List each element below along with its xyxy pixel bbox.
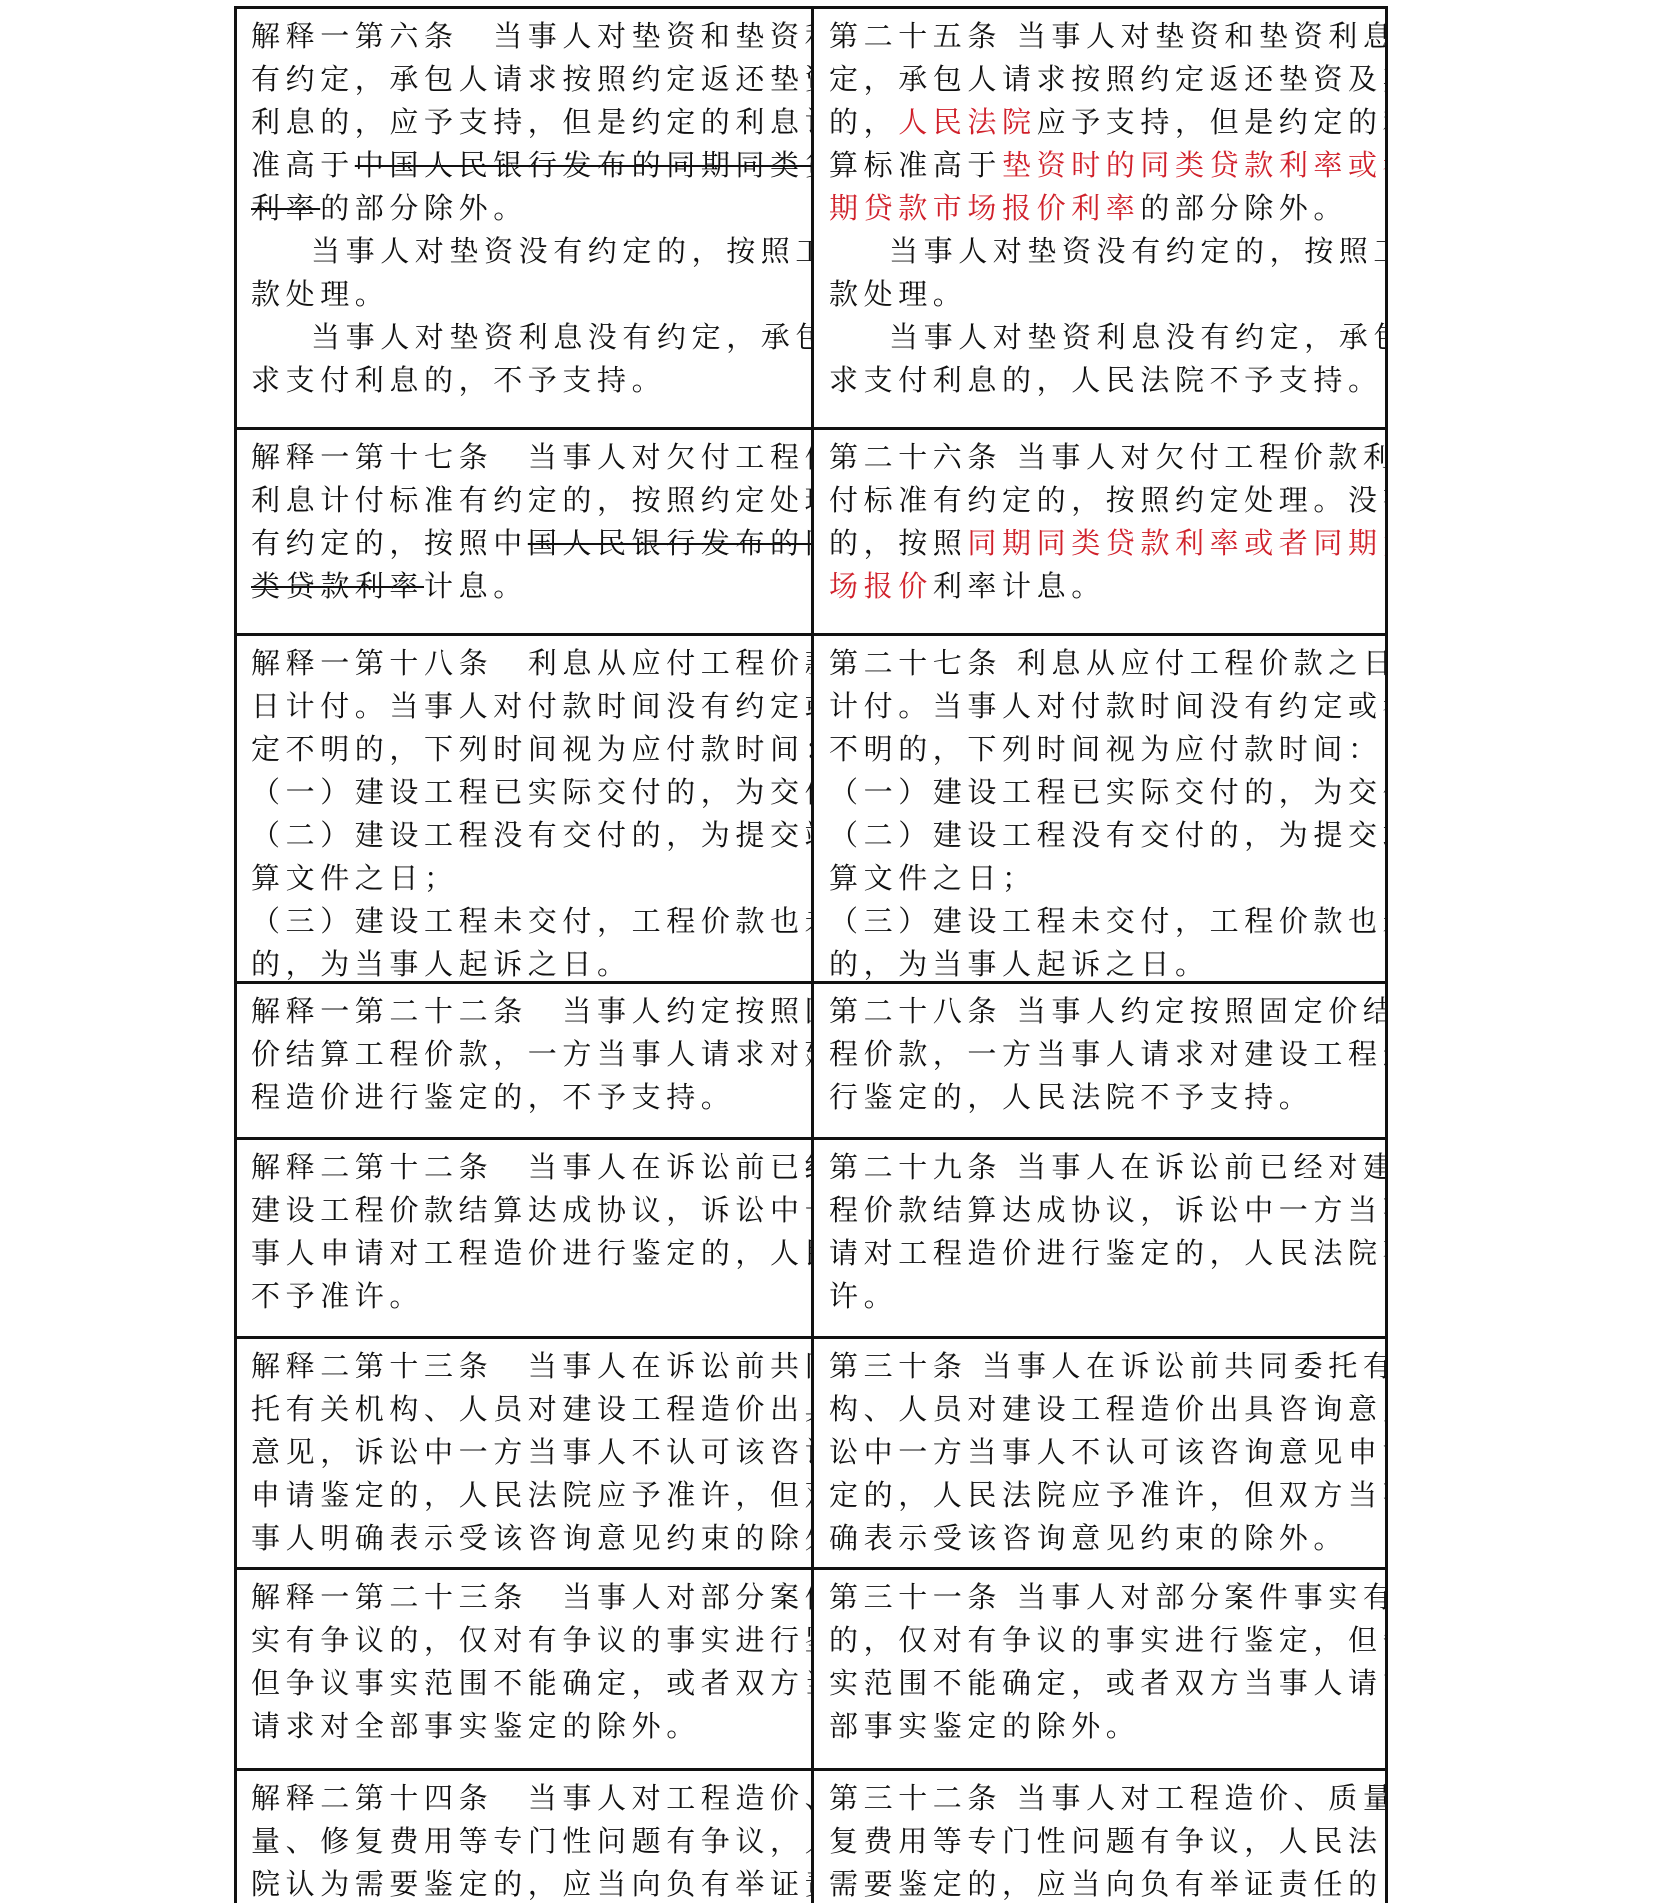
- old-provision-cell: 解释一第二十二条 当事人约定按照固定价结算工程价款，一方当事人请求对建设工程造价…: [237, 984, 814, 1137]
- text-line: 利率的部分除外。: [251, 187, 801, 230]
- new-provision-cell: 第三十条 当事人在诉讼前共同委托有关机构、人员对建设工程造价出具咨询意见，诉讼中…: [814, 1339, 1385, 1567]
- text-segment: 解释二第十二条 当事人在诉讼前已经对: [251, 1150, 814, 1184]
- old-provision-cell: 解释一第十八条 利息从应付工程价款之日计付。当事人对付款时间没有约定或者约定不明…: [237, 636, 814, 981]
- text-segment: 计付。当事人对付款时间没有约定或者约定: [829, 689, 1385, 723]
- text-line: 解释一第六条 当事人对垫资和垫资利息: [251, 15, 801, 58]
- text-segment: 事人明确表示受该咨询意见约束的除外。: [251, 1521, 814, 1555]
- text-line: 申请鉴定的，人民法院应予准许，但双方当: [251, 1474, 801, 1517]
- text-line: 求支付利息的，不予支持。: [251, 359, 801, 402]
- text-segment: 第三十条 当事人在诉讼前共同委托有关机: [829, 1349, 1385, 1383]
- text-segment: 部事实鉴定的除外。: [829, 1709, 1140, 1743]
- text-segment: 有约定，承包人请求按照约定返还垫资及其: [251, 62, 814, 96]
- text-line: （三）建设工程未交付，工程价款也未结算: [829, 900, 1375, 943]
- deleted-text: 类贷款利率: [251, 569, 424, 603]
- text-segment: 的部分除外。: [320, 191, 528, 225]
- text-segment: 第三十一条 当事人对部分案件事实有争议: [829, 1580, 1385, 1614]
- new-provision-cell: 第二十六条 当事人对欠付工程价款利息计付标准有约定的，按照约定处理。没有约定的，…: [814, 430, 1385, 633]
- text-line: 付标准有约定的，按照约定处理。没有约定: [829, 479, 1375, 522]
- text-line: 建设工程价款结算达成协议，诉讼中一方当: [251, 1189, 801, 1232]
- text-line: 讼中一方当事人不认可该咨询意见申请鉴: [829, 1431, 1375, 1474]
- text-segment: 事人申请对工程造价进行鉴定的，人民法院: [251, 1236, 814, 1270]
- text-line: 的，人民法院应予支持，但是约定的利息计: [829, 101, 1375, 144]
- text-segment: 日计付。当事人对付款时间没有约定或者约: [251, 689, 814, 723]
- text-segment: 第二十七条 利息从应付工程价款之日: [829, 646, 1385, 680]
- revised-text: 场报价: [829, 569, 933, 603]
- text-segment: 计息。: [424, 569, 528, 603]
- old-provision-cell: 解释一第六条 当事人对垫资和垫资利息有约定，承包人请求按照约定返还垫资及其利息的…: [237, 9, 814, 427]
- text-line: 的，按照同期同类贷款利率或者同期贷款市: [829, 522, 1375, 565]
- text-segment: 解释一第二十三条 当事人对部分案件事: [251, 1580, 814, 1614]
- text-line: 算标准高于垫资时的同类贷款利率或者同: [829, 144, 1375, 187]
- text-segment: 需要鉴定的，应当向负有举证责任的当事人: [829, 1867, 1385, 1901]
- text-line: 复费用等专门性问题有争议，人民法院认为: [829, 1820, 1375, 1863]
- text-segment: 的，为当事人起诉之日。: [251, 947, 632, 981]
- text-line: 意见，诉讼中一方当事人不认可该咨询意见: [251, 1431, 801, 1474]
- text-segment: 算标准高于: [829, 148, 1002, 182]
- text-segment: 解释一第十七条 当事人对欠付工程价款: [251, 440, 814, 474]
- text-segment: 第二十八条 当事人约定按照固定价结算工: [829, 994, 1385, 1028]
- text-line: 款处理。: [829, 273, 1375, 316]
- old-provision-cell: 解释一第十七条 当事人对欠付工程价款利息计付标准有约定的，按照约定处理；没有约定…: [237, 430, 814, 633]
- text-line: （三）建设工程未交付，工程价款也未结算: [251, 900, 801, 943]
- text-segment: 准高于: [251, 148, 355, 182]
- text-line: 解释一第二十三条 当事人对部分案件事: [251, 1576, 801, 1619]
- text-line: 当事人对垫资没有约定的，按照工程欠: [251, 230, 801, 273]
- text-line: 解释一第二十二条 当事人约定按照固定: [251, 990, 801, 1033]
- text-line: 价结算工程价款，一方当事人请求对建设工: [251, 1033, 801, 1076]
- new-provision-cell: 第二十七条 利息从应付工程价款之日开始计付。当事人对付款时间没有约定或者约定不明…: [814, 636, 1385, 981]
- text-line: 第二十五条 当事人对垫资和垫资利息有约: [829, 15, 1375, 58]
- text-line: 类贷款利率计息。: [251, 565, 801, 608]
- text-line: 解释二第十二条 当事人在诉讼前已经对: [251, 1146, 801, 1189]
- text-segment: 当事人对垫资没有约定的，按照工程欠: [311, 234, 814, 268]
- text-segment: 定，承包人请求按照约定返还垫资及其利息: [829, 62, 1385, 96]
- text-line: 需要鉴定的，应当向负有举证责任的当事人: [829, 1863, 1375, 1903]
- text-segment: 实有争议的，仅对有争议的事实进行鉴定，: [251, 1623, 814, 1657]
- text-line: 确表示受该咨询意见约束的除外。: [829, 1517, 1375, 1560]
- text-segment: 算文件之日；: [251, 861, 459, 895]
- text-line: 不予准许。: [251, 1275, 801, 1318]
- text-line: 事人明确表示受该咨询意见约束的除外。: [251, 1517, 801, 1560]
- text-line: 程价款，一方当事人请求对建设工程造价进: [829, 1033, 1375, 1076]
- deleted-text: 中国人民银行发布的同期同类贷款: [355, 148, 814, 182]
- text-segment: 利率计息。: [933, 569, 1106, 603]
- revised-text: 垫资时的同类贷款利率或者同: [1002, 148, 1385, 182]
- new-provision-cell: 第二十九条 当事人在诉讼前已经对建设工程价款结算达成协议，诉讼中一方当事人申请对…: [814, 1140, 1385, 1336]
- text-segment: （二）建设工程没有交付的，为提交竣工结: [251, 818, 814, 852]
- text-line: 构、人员对建设工程造价出具咨询意见，诉: [829, 1388, 1375, 1431]
- text-line: 解释一第十八条 利息从应付工程价款之: [251, 642, 801, 685]
- text-line: （一）建设工程已实际交付的，为交付之日；: [829, 771, 1375, 814]
- text-line: 程价款结算达成协议，诉讼中一方当事人申: [829, 1189, 1375, 1232]
- text-line: 算文件之日；: [829, 857, 1375, 900]
- text-segment: 不予准许。: [251, 1279, 424, 1313]
- text-line: 第三十一条 当事人对部分案件事实有争议: [829, 1576, 1375, 1619]
- table-row: 解释一第二十二条 当事人约定按照固定价结算工程价款，一方当事人请求对建设工程造价…: [237, 984, 1385, 1140]
- text-segment: 利息的，应予支持，但是约定的利息计算标: [251, 105, 814, 139]
- text-line: 当事人对垫资利息没有约定，承包人请: [251, 316, 801, 359]
- text-line: 日计付。当事人对付款时间没有约定或者约: [251, 685, 801, 728]
- text-segment: 利息计付标准有约定的，按照约定处理；没: [251, 483, 814, 517]
- text-line: 第三十二条 当事人对工程造价、质量、修: [829, 1777, 1375, 1820]
- text-line: 请求对全部事实鉴定的除外。: [251, 1705, 801, 1748]
- text-segment: 确表示受该咨询意见约束的除外。: [829, 1521, 1348, 1555]
- text-segment: 行鉴定的，人民法院不予支持。: [829, 1080, 1313, 1114]
- text-segment: （一）建设工程已实际交付的，为交付之日；: [251, 775, 814, 809]
- text-segment: 请求对全部事实鉴定的除外。: [251, 1709, 701, 1743]
- text-segment: （二）建设工程没有交付的，为提交竣工结: [829, 818, 1385, 852]
- text-segment: 算文件之日；: [829, 861, 1037, 895]
- text-line: 第二十六条 当事人对欠付工程价款利息计: [829, 436, 1375, 479]
- table-row: 解释一第二十三条 当事人对部分案件事实有争议的，仅对有争议的事实进行鉴定，但争议…: [237, 1570, 1385, 1771]
- text-segment: 解释一第十八条 利息从应付工程价款之: [251, 646, 814, 680]
- text-segment: 建设工程价款结算达成协议，诉讼中一方当: [251, 1193, 814, 1227]
- old-provision-cell: 解释二第十二条 当事人在诉讼前已经对建设工程价款结算达成协议，诉讼中一方当事人申…: [237, 1140, 814, 1336]
- text-segment: 第二十五条 当事人对垫资和垫资利息有约: [829, 19, 1385, 53]
- old-provision-cell: 解释二第十四条 当事人对工程造价、质量、修复费用等专门性问题有争议，人民法院认为…: [237, 1771, 814, 1903]
- text-segment: 托有关机构、人员对建设工程造价出具咨询: [251, 1392, 814, 1426]
- text-segment: 第三十二条 当事人对工程造价、质量、修: [829, 1781, 1385, 1815]
- text-line: 部事实鉴定的除外。: [829, 1705, 1375, 1748]
- text-segment: 解释一第二十二条 当事人约定按照固定: [251, 994, 814, 1028]
- new-provision-cell: 第三十二条 当事人对工程造价、质量、修复费用等专门性问题有争议，人民法院认为需要…: [814, 1771, 1385, 1903]
- text-segment: 意见，诉讼中一方当事人不认可该咨询意见: [251, 1435, 814, 1469]
- text-segment: 量、修复费用等专门性问题有争议，人民法: [251, 1824, 814, 1858]
- text-segment: 复费用等专门性问题有争议，人民法院认为: [829, 1824, 1385, 1858]
- text-segment: 的，按照: [829, 526, 967, 560]
- text-segment: 程价款，一方当事人请求对建设工程造价进: [829, 1037, 1385, 1071]
- text-segment: 院认为需要鉴定的，应当向负有举证责任的: [251, 1867, 814, 1901]
- new-provision-cell: 第二十五条 当事人对垫资和垫资利息有约定，承包人请求按照约定返还垫资及其利息的，…: [814, 9, 1385, 427]
- text-segment: 的，仅对有争议的事实进行鉴定，但争议事: [829, 1623, 1385, 1657]
- text-segment: 但争议事实范围不能确定，或者双方当事人: [251, 1666, 814, 1700]
- revised-text: 期贷款市场报价利率: [829, 191, 1140, 225]
- text-segment: 当事人对垫资利息没有约定，承包人请: [311, 320, 814, 354]
- text-segment: 解释一第六条 当事人对垫资和垫资利息: [251, 19, 814, 53]
- text-line: （一）建设工程已实际交付的，为交付之日；: [251, 771, 801, 814]
- text-line: 不明的，下列时间视为应付款时间：: [829, 728, 1375, 771]
- text-line: 许。: [829, 1275, 1375, 1318]
- text-line: 院认为需要鉴定的，应当向负有举证责任的: [251, 1863, 801, 1903]
- text-line: 利息的，应予支持，但是约定的利息计算标: [251, 101, 801, 144]
- text-segment: 解释二第十四条 当事人对工程造价、质: [251, 1781, 814, 1815]
- text-line: 实有争议的，仅对有争议的事实进行鉴定，: [251, 1619, 801, 1662]
- text-segment: 讼中一方当事人不认可该咨询意见申请鉴: [829, 1435, 1385, 1469]
- text-segment: 第二十九条 当事人在诉讼前已经对建设工: [829, 1150, 1385, 1184]
- text-line: 算文件之日；: [251, 857, 801, 900]
- document-page: 解释一第六条 当事人对垫资和垫资利息有约定，承包人请求按照约定返还垫资及其利息的…: [0, 0, 1654, 1903]
- text-line: 请对工程造价进行鉴定的，人民法院不予准: [829, 1232, 1375, 1275]
- text-segment: 许。: [829, 1279, 898, 1313]
- new-provision-cell: 第三十一条 当事人对部分案件事实有争议的，仅对有争议的事实进行鉴定，但争议事实范…: [814, 1570, 1385, 1768]
- text-line: （二）建设工程没有交付的，为提交竣工结: [251, 814, 801, 857]
- text-line: 实范围不能确定，或者双方当事人请求对全: [829, 1662, 1375, 1705]
- text-line: 第二十九条 当事人在诉讼前已经对建设工: [829, 1146, 1375, 1189]
- text-segment: 付标准有约定的，按照约定处理。没有约定: [829, 483, 1385, 517]
- text-line: 有约定的，按照中国人民银行发布的同期同: [251, 522, 801, 565]
- text-segment: 求支付利息的，人民法院不予支持。: [829, 363, 1383, 397]
- text-segment: 程造价进行鉴定的，不予支持。: [251, 1080, 735, 1114]
- text-line: 定，承包人请求按照约定返还垫资及其利息: [829, 58, 1375, 101]
- text-line: 量、修复费用等专门性问题有争议，人民法: [251, 1820, 801, 1863]
- text-line: 的，仅对有争议的事实进行鉴定，但争议事: [829, 1619, 1375, 1662]
- text-segment: 实范围不能确定，或者双方当事人请求对全: [829, 1666, 1385, 1700]
- text-segment: 申请鉴定的，人民法院应予准许，但双方当: [251, 1478, 814, 1512]
- comparison-table: 解释一第六条 当事人对垫资和垫资利息有约定，承包人请求按照约定返还垫资及其利息的…: [234, 6, 1388, 1903]
- table-row: 解释二第十四条 当事人对工程造价、质量、修复费用等专门性问题有争议，人民法院认为…: [237, 1771, 1385, 1903]
- text-segment: （三）建设工程未交付，工程价款也未结算: [251, 904, 814, 938]
- text-line: 行鉴定的，人民法院不予支持。: [829, 1076, 1375, 1119]
- text-segment: 应予支持，但是约定的利息计: [1037, 105, 1385, 139]
- text-line: 托有关机构、人员对建设工程造价出具咨询: [251, 1388, 801, 1431]
- text-line: 款处理。: [251, 273, 801, 316]
- text-line: 解释二第十三条 当事人在诉讼前共同委: [251, 1345, 801, 1388]
- text-segment: 款处理。: [829, 277, 967, 311]
- table-row: 解释一第六条 当事人对垫资和垫资利息有约定，承包人请求按照约定返还垫资及其利息的…: [237, 9, 1385, 430]
- text-line: 程造价进行鉴定的，不予支持。: [251, 1076, 801, 1119]
- text-segment: 请对工程造价进行鉴定的，人民法院不予准: [829, 1236, 1385, 1270]
- text-segment: 有约定的，按照中: [251, 526, 528, 560]
- text-segment: 解释二第十三条 当事人在诉讼前共同委: [251, 1349, 814, 1383]
- text-line: （二）建设工程没有交付的，为提交竣工结: [829, 814, 1375, 857]
- text-line: 的，为当事人起诉之日。: [251, 943, 801, 981]
- text-segment: 第二十六条 当事人对欠付工程价款利息计: [829, 440, 1385, 474]
- table-row: 解释一第十七条 当事人对欠付工程价款利息计付标准有约定的，按照约定处理；没有约定…: [237, 430, 1385, 636]
- text-line: 求支付利息的，人民法院不予支持。: [829, 359, 1375, 402]
- text-segment: 的部分除外。: [1140, 191, 1348, 225]
- text-line: 解释二第十四条 当事人对工程造价、质: [251, 1777, 801, 1820]
- table-row: 解释二第十二条 当事人在诉讼前已经对建设工程价款结算达成协议，诉讼中一方当事人申…: [237, 1140, 1385, 1339]
- text-line: 第二十八条 当事人约定按照固定价结算工: [829, 990, 1375, 1033]
- old-provision-cell: 解释一第二十三条 当事人对部分案件事实有争议的，仅对有争议的事实进行鉴定，但争议…: [237, 1570, 814, 1768]
- text-line: 当事人对垫资利息没有约定，承包人请: [829, 316, 1375, 359]
- text-line: 解释一第十七条 当事人对欠付工程价款: [251, 436, 801, 479]
- table-row: 解释一第十八条 利息从应付工程价款之日计付。当事人对付款时间没有约定或者约定不明…: [237, 636, 1385, 984]
- text-line: 但争议事实范围不能确定，或者双方当事人: [251, 1662, 801, 1705]
- text-segment: 不明的，下列时间视为应付款时间：: [829, 732, 1383, 766]
- text-line: 定的，人民法院应予准许，但双方当事人明: [829, 1474, 1375, 1517]
- text-line: 当事人对垫资没有约定的，按照工程欠: [829, 230, 1375, 273]
- text-segment: 定不明的，下列时间视为应付款时间：: [251, 732, 814, 766]
- text-line: 期贷款市场报价利率的部分除外。: [829, 187, 1375, 230]
- text-segment: 求支付利息的，不予支持。: [251, 363, 666, 397]
- text-segment: 定的，人民法院应予准许，但双方当事人明: [829, 1478, 1385, 1512]
- text-line: 事人申请对工程造价进行鉴定的，人民法院: [251, 1232, 801, 1275]
- text-line: 第三十条 当事人在诉讼前共同委托有关机: [829, 1345, 1375, 1388]
- text-line: 的，为当事人起诉之日。: [829, 943, 1375, 981]
- text-segment: 的，为当事人起诉之日。: [829, 947, 1210, 981]
- text-line: 场报价利率计息。: [829, 565, 1375, 608]
- text-segment: 当事人对垫资没有约定的，按照工程欠: [889, 234, 1385, 268]
- table-row: 解释二第十三条 当事人在诉讼前共同委托有关机构、人员对建设工程造价出具咨询意见，…: [237, 1339, 1385, 1570]
- text-segment: 的，: [829, 105, 898, 139]
- revised-text: 同期同类贷款利率或者同期贷款市: [967, 526, 1385, 560]
- old-provision-cell: 解释二第十三条 当事人在诉讼前共同委托有关机构、人员对建设工程造价出具咨询意见，…: [237, 1339, 814, 1567]
- deleted-text: 利率: [251, 191, 320, 225]
- revised-text: 人民法院: [898, 105, 1036, 139]
- text-line: 利息计付标准有约定的，按照约定处理；没: [251, 479, 801, 522]
- deleted-text: 国人民银行发布的同期同: [528, 526, 814, 560]
- text-line: 定不明的，下列时间视为应付款时间：: [251, 728, 801, 771]
- text-line: 第二十七条 利息从应付工程价款之日开始: [829, 642, 1375, 685]
- text-segment: 当事人对垫资利息没有约定，承包人请: [889, 320, 1385, 354]
- text-segment: （一）建设工程已实际交付的，为交付之日；: [829, 775, 1385, 809]
- new-provision-cell: 第二十八条 当事人约定按照固定价结算工程价款，一方当事人请求对建设工程造价进行鉴…: [814, 984, 1385, 1137]
- text-segment: 款处理。: [251, 277, 389, 311]
- text-line: 准高于中国人民银行发布的同期同类贷款: [251, 144, 801, 187]
- text-line: 计付。当事人对付款时间没有约定或者约定: [829, 685, 1375, 728]
- text-line: 有约定，承包人请求按照约定返还垫资及其: [251, 58, 801, 101]
- text-segment: 价结算工程价款，一方当事人请求对建设工: [251, 1037, 814, 1071]
- text-segment: 程价款结算达成协议，诉讼中一方当事人申: [829, 1193, 1385, 1227]
- text-segment: 构、人员对建设工程造价出具咨询意见，诉: [829, 1392, 1385, 1426]
- text-segment: （三）建设工程未交付，工程价款也未结算: [829, 904, 1385, 938]
